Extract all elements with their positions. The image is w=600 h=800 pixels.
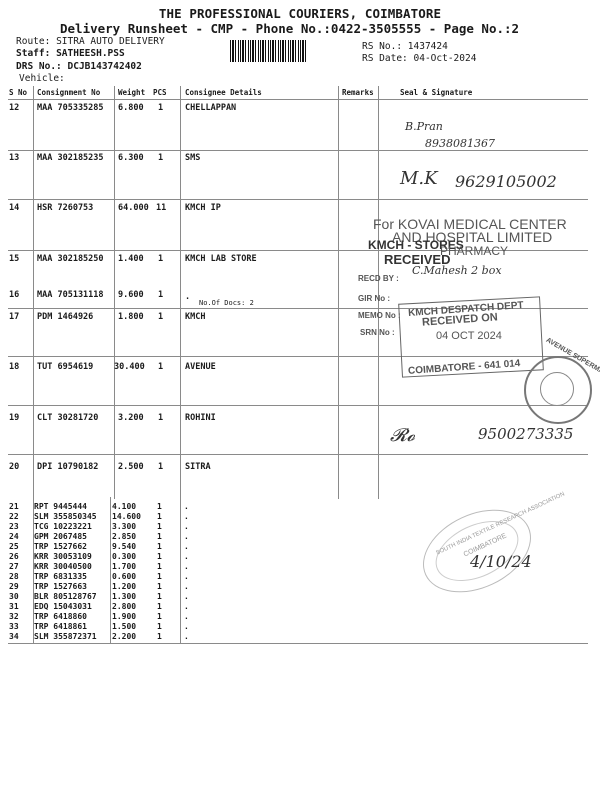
row-consignment: TUT 6954619 [37, 362, 93, 372]
row-pcs: 1 [157, 622, 162, 631]
staff-line: Staff: SATHEESH.PSS [16, 48, 125, 59]
route-value: SITRA AUTO DELIVERY [56, 36, 165, 47]
row-consignment: TRP 6418860 [34, 612, 87, 621]
row-consignment: GPM 2067485 [34, 532, 87, 541]
barcode [230, 40, 308, 62]
row-consignee: . [184, 582, 189, 591]
row-consignee: . [184, 572, 189, 581]
row-pcs: 11 [156, 203, 166, 213]
col-consignee: Consignee Details [185, 88, 262, 97]
row-consignee: . [184, 622, 189, 631]
row-pcs: 1 [157, 602, 162, 611]
rs-date-line: RS Date: 04-Oct-2024 [362, 53, 476, 64]
avenue-round-stamp [524, 356, 592, 424]
row-consignment: EDQ 15043031 [34, 602, 92, 611]
srn-no-label: SRN No : [360, 328, 395, 337]
row-weight: 9.600 [118, 290, 144, 300]
row-consignee: . [184, 542, 189, 551]
col-remarks: Remarks [342, 88, 374, 97]
vehicle-label: Vehicle: [19, 73, 65, 84]
drs-value: DCJB143742402 [68, 61, 142, 72]
row-weight: 1.700 [112, 562, 136, 571]
rs-no-label: RS No.: [362, 41, 402, 52]
row-weight: 1.400 [118, 254, 144, 264]
row-weight: 2.850 [112, 532, 136, 541]
signature-phone-2: 9629105002 [455, 172, 557, 191]
vehicle-line: Vehicle: [19, 73, 65, 84]
row-weight: 1.500 [112, 622, 136, 631]
row-consignee: SITRA [185, 462, 211, 472]
row-pcs: 1 [157, 562, 162, 571]
col-sno: S No [9, 88, 27, 97]
row-consignment: MAA 302185250 [37, 254, 104, 264]
row-pcs: 1 [157, 552, 162, 561]
rs-no-value: 1437424 [408, 41, 448, 52]
row-sno: 20 [9, 462, 19, 472]
row-pcs: 1 [158, 413, 163, 423]
row-consignment: HSR 7260753 [37, 203, 93, 213]
row-weight: 9.540 [112, 542, 136, 551]
row-consignee: . [184, 532, 189, 541]
despatch-stamp-date: 04 OCT 2024 [436, 330, 502, 342]
row-sno: 17 [9, 312, 19, 322]
row-sno: 33 [9, 622, 19, 631]
row-consignee: . [184, 612, 189, 621]
row-consignment: TRP 6418861 [34, 622, 87, 631]
row-weight: 1.800 [118, 312, 144, 322]
staff-label: Staff: [16, 48, 50, 59]
row-consignment: KRR 30040500 [34, 562, 92, 571]
row-sno: 30 [9, 592, 19, 601]
row-sno: 22 [9, 512, 19, 521]
row-pcs: 1 [157, 542, 162, 551]
row-pcs: 1 [157, 582, 162, 591]
row-weight: 1.900 [112, 612, 136, 621]
row-weight: 2.500 [118, 462, 144, 472]
row-sno: 13 [9, 153, 19, 163]
row-consignment: TRP 6831335 [34, 572, 87, 581]
row-pcs: 1 [158, 254, 163, 264]
row-weight: 30.400 [114, 362, 145, 372]
row-sno: 32 [9, 612, 19, 621]
row-consignee: KMCH [185, 312, 205, 322]
row-pcs: 1 [157, 532, 162, 541]
row-weight: 1.300 [112, 592, 136, 601]
recd-by-label: RECD BY : [358, 274, 399, 283]
row-sno: 21 [9, 502, 19, 511]
row-consignment: MAA 705131118 [37, 290, 104, 300]
row-sno: 12 [9, 103, 19, 113]
row-weight: 4.100 [112, 502, 136, 511]
row-weight: 1.200 [112, 582, 136, 591]
row-sno: 23 [9, 522, 19, 531]
row-consignment: TRP 1527663 [34, 582, 87, 591]
row-weight: 2.200 [112, 632, 136, 641]
row-weight: 0.600 [112, 572, 136, 581]
route-line: Route: SITRA AUTO DELIVERY [16, 36, 165, 47]
row-sno: 25 [9, 542, 19, 551]
rs-no-line: RS No.: 1437424 [362, 41, 448, 52]
runsheet-subtitle: Delivery Runsheet - CMP - Phone No.:0422… [60, 21, 519, 36]
row-consignee: KMCH LAB STORE [185, 254, 257, 264]
row-weight: 0.300 [112, 552, 136, 561]
row-sno: 26 [9, 552, 19, 561]
rs-date-value: 04-Oct-2024 [414, 53, 477, 64]
row-sno: 28 [9, 572, 19, 581]
row-weight: 3.200 [118, 413, 144, 423]
row-consignee: . [184, 602, 189, 611]
row-sno: 31 [9, 602, 19, 611]
row-sno: 16 [9, 290, 19, 300]
row-consignee: ROHINI [185, 413, 216, 423]
row-consignee: CHELLAPPAN [185, 103, 236, 113]
row-pcs: 1 [158, 462, 163, 472]
row-weight: 64.000 [118, 203, 149, 213]
row-consignee: . [185, 292, 190, 302]
staff-value: SATHEESH.PSS [56, 48, 125, 59]
row-consignment: DPI 10790182 [37, 462, 98, 472]
row-consignee: KMCH IP [185, 203, 221, 213]
row-sno: 24 [9, 532, 19, 541]
col-consignment: Consignment No [37, 88, 100, 97]
row-pcs: 1 [157, 632, 162, 641]
signature-b-pran: B.Pran [405, 120, 443, 133]
row-sno: 29 [9, 582, 19, 591]
signature-phone-1: 8938081367 [425, 137, 495, 150]
row-pcs: 1 [157, 612, 162, 621]
row-consignee: . [184, 512, 189, 521]
col-pcs: PCS [153, 88, 167, 97]
row-consignee: . [184, 522, 189, 531]
drs-label: DRS No.: [16, 61, 62, 72]
row-consignment: MAA 705335285 [37, 103, 104, 113]
row-consignment: RPT 9445444 [34, 502, 87, 511]
gir-no-label: GIR No : [358, 294, 390, 303]
row-sno: 27 [9, 562, 19, 571]
row-consignee: . [184, 562, 189, 571]
row-consignment: PDM 1464926 [37, 312, 93, 322]
route-label: Route: [16, 36, 50, 47]
row-consignee: . [184, 632, 189, 641]
row-sno: 15 [9, 254, 19, 264]
row-pcs: 1 [158, 312, 163, 322]
memo-no-label: MEMO No : [358, 311, 401, 320]
company-title: THE PROFESSIONAL COURIERS, COIMBATORE [0, 6, 600, 21]
row-pcs: 1 [158, 290, 163, 300]
row-consignment: TCG 10223221 [34, 522, 92, 531]
col-weight: Weight [118, 88, 145, 97]
row-sno: 34 [9, 632, 19, 641]
row-pcs: 1 [158, 103, 163, 113]
row-consignee: AVENUE [185, 362, 216, 372]
col-seal-signature: Seal & Signature [400, 88, 472, 97]
row-consignment: MAA 302185235 [37, 153, 104, 163]
row-sno: 14 [9, 203, 19, 213]
row-pcs: 1 [158, 153, 163, 163]
row-sno: 18 [9, 362, 19, 372]
row-consignee: . [184, 592, 189, 601]
recd-by-signature: C.Mahesh 2 box [412, 264, 502, 277]
row-consignment: CLT 30281720 [37, 413, 98, 423]
row-docs-note: No.Of Docs: 2 [199, 299, 254, 307]
row-pcs: 1 [157, 502, 162, 511]
row-consignment: BLR 805128767 [34, 592, 97, 601]
row-consignee: SMS [185, 153, 200, 163]
row-pcs: 1 [157, 522, 162, 531]
row-consignment: SLM 355850345 [34, 512, 97, 521]
rohini-signature: 𝓡𝓸 [390, 425, 415, 446]
row-pcs: 1 [157, 592, 162, 601]
row-consignee: . [184, 552, 189, 561]
row-consignment: KRR 30053109 [34, 552, 92, 561]
row-pcs: 1 [157, 512, 162, 521]
row-pcs: 1 [157, 572, 162, 581]
drs-line: DRS No.: DCJB143742402 [16, 61, 142, 72]
row-weight: 6.800 [118, 103, 144, 113]
rohini-phone: 9500273335 [478, 425, 573, 443]
row-consignment: TRP 1527662 [34, 542, 87, 551]
row-weight: 2.800 [112, 602, 136, 611]
row-weight: 14.600 [112, 512, 141, 521]
row-pcs: 1 [158, 362, 163, 372]
signature-mk: M.K [400, 168, 438, 189]
row-consignee: . [184, 502, 189, 511]
row-sno: 19 [9, 413, 19, 423]
row-weight: 3.300 [112, 522, 136, 531]
row-weight: 6.300 [118, 153, 144, 163]
rs-date-label: RS Date: [362, 53, 408, 64]
row-consignment: SLM 355872371 [34, 632, 97, 641]
sitra-signature-date: 4/10/24 [470, 552, 532, 571]
